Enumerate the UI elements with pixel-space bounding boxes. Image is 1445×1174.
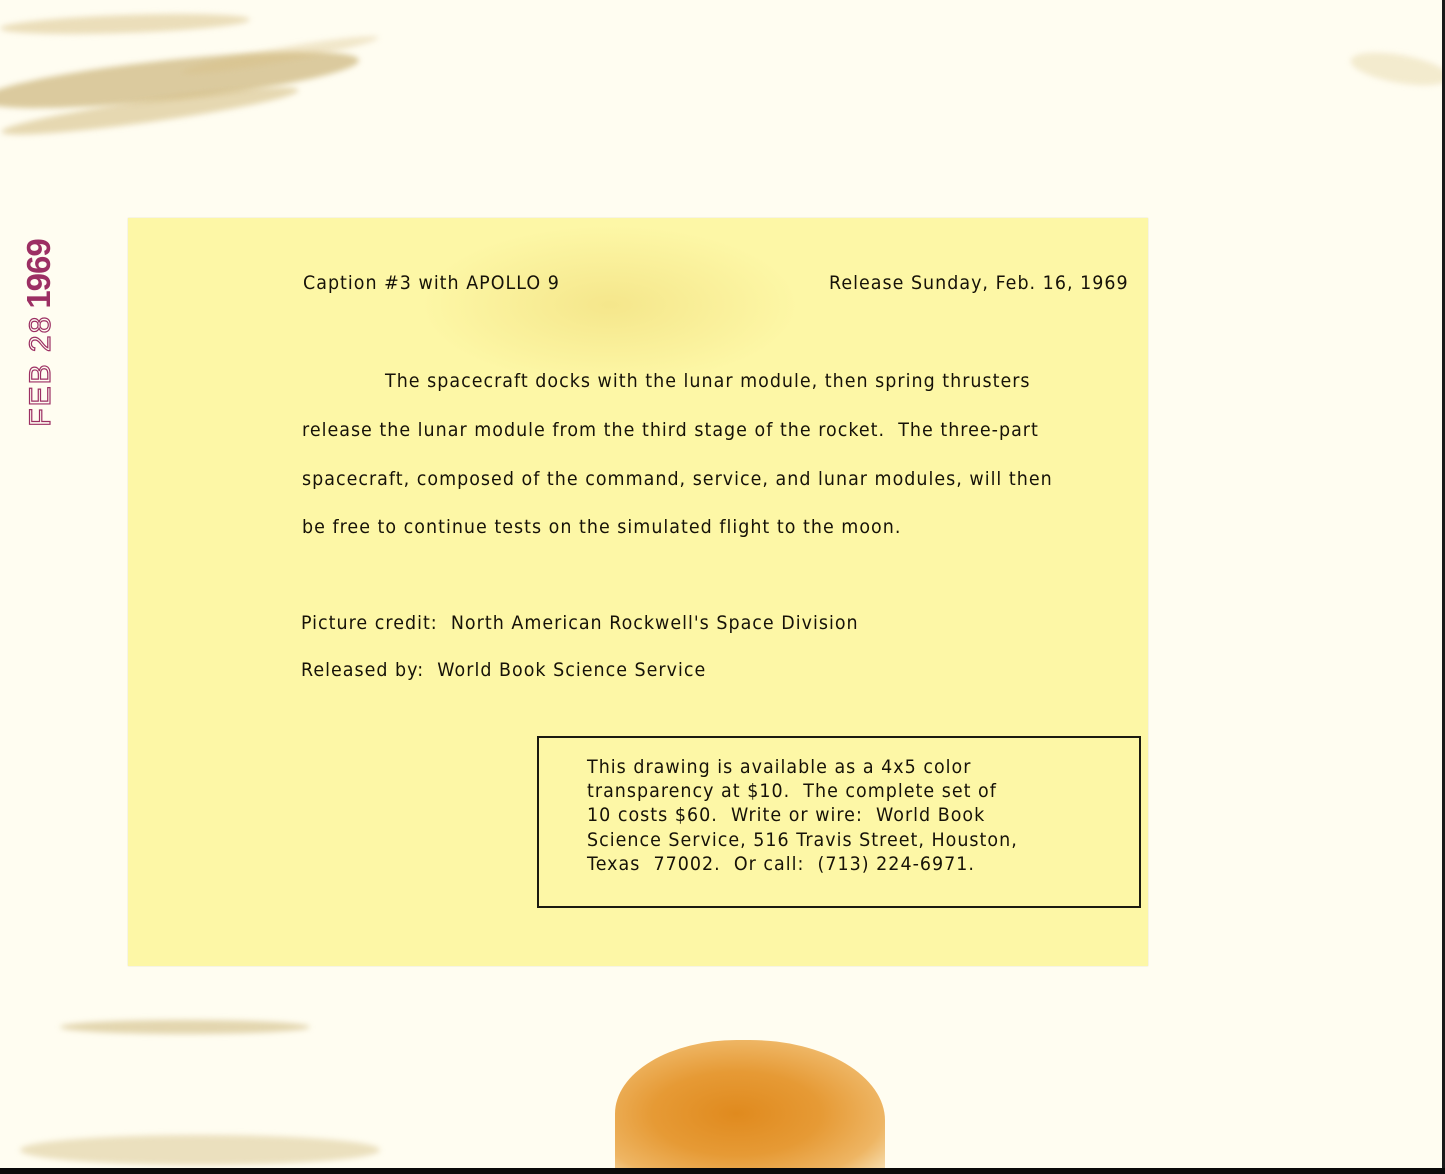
glue-stain bbox=[1348, 47, 1445, 92]
glue-stain bbox=[0, 11, 250, 38]
glue-stain bbox=[20, 1135, 380, 1165]
body-paragraph-line: be free to continue tests on the simulat… bbox=[302, 516, 901, 538]
photo-backing-sheet: FEB 28 1969 Caption #3 with APOLLO 9 Rel… bbox=[0, 0, 1445, 1174]
tape-residue-stain bbox=[615, 1040, 885, 1174]
caption-title: Caption #3 with APOLLO 9 bbox=[303, 272, 560, 294]
notice-line: transparency at $10. The complete set of bbox=[587, 780, 997, 802]
received-date-stamp: FEB 28 1969 bbox=[20, 239, 58, 426]
body-paragraph-line: release the lunar module from the third … bbox=[302, 419, 1039, 441]
picture-credit: Picture credit: North American Rockwell'… bbox=[301, 612, 859, 634]
release-date: Release Sunday, Feb. 16, 1969 bbox=[829, 272, 1129, 294]
released-by: Released by: World Book Science Service bbox=[301, 659, 706, 681]
scan-edge bbox=[0, 1168, 1445, 1174]
stamp-year: 1969 bbox=[20, 239, 58, 308]
notice-line: 10 costs $60. Write or wire: World Book bbox=[587, 804, 985, 826]
body-paragraph-line: spacecraft, composed of the command, ser… bbox=[302, 468, 1053, 490]
caption-sheet-edge bbox=[1140, 236, 1148, 962]
notice-line: Texas 77002. Or call: (713) 224-6971. bbox=[587, 853, 975, 875]
stamp-date: FEB 28 bbox=[24, 315, 58, 427]
notice-line: This drawing is available as a 4x5 color bbox=[587, 756, 971, 778]
sheet-discoloration bbox=[420, 225, 800, 385]
glue-stain bbox=[60, 1020, 310, 1034]
body-paragraph-line: The spacecraft docks with the lunar modu… bbox=[385, 370, 1031, 392]
notice-line: Science Service, 516 Travis Street, Hous… bbox=[587, 829, 1018, 851]
